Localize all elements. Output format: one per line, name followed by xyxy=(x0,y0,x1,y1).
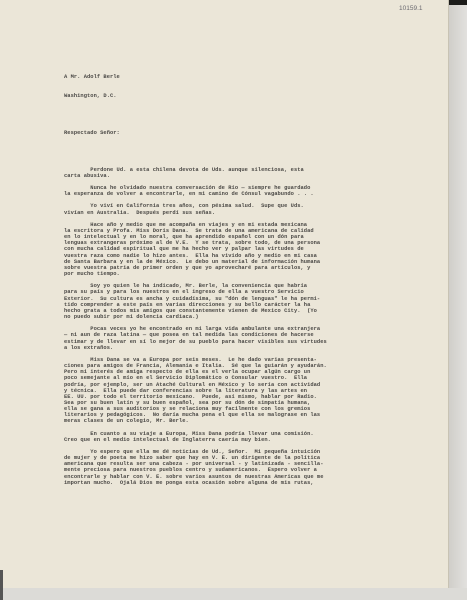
scan-edge xyxy=(0,570,3,600)
letter-page: 10159.1 A Mr. Adolf Berle Washington, D.… xyxy=(0,0,448,588)
salutation: Respectado Señor: xyxy=(64,130,409,136)
scan-background-bottom xyxy=(0,588,467,600)
letter-body: A Mr. Adolf Berle Washington, D.C. Respe… xyxy=(64,62,409,498)
paragraphs: Perdone Ud. a esta chilena devota de Uds… xyxy=(64,167,409,486)
paragraph-line: importan mucho. Ojalá Dios me ponga esta… xyxy=(64,480,409,486)
recipient-line: Washington, D.C. xyxy=(64,93,409,99)
scan-dark-corner xyxy=(449,0,467,5)
recipient-line: A Mr. Adolf Berle xyxy=(64,74,409,80)
scan-background-right xyxy=(448,0,467,600)
archive-number: 10159.1 xyxy=(399,5,423,12)
